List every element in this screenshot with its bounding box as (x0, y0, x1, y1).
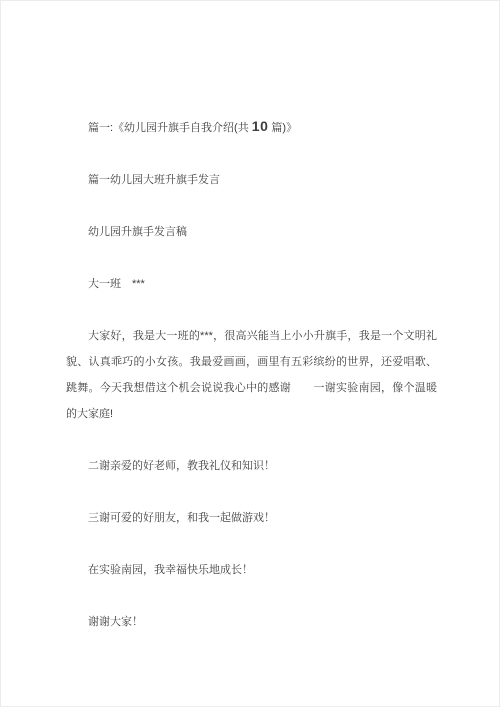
body-paragraph: 三谢可爱的好朋友，和我一起做游戏！ (66, 505, 437, 531)
heading-suffix: 篇)》 (268, 122, 297, 134)
body-paragraph: 谢谢大家！ (66, 609, 437, 635)
document-page: 篇一:《幼儿园升旗手自我介绍(共 10 篇)》 篇一幼儿园大班升旗手发言 幼儿园… (0, 0, 500, 707)
heading-line: 篇一:《幼儿园升旗手自我介绍(共 10 篇)》 (66, 113, 437, 141)
subheading-class-line: 大一班 *** (66, 271, 437, 297)
subheading-line: 幼儿园升旗手发言稿 (66, 219, 437, 245)
subheading-line: 篇一幼儿园大班升旗手发言 (66, 167, 437, 193)
heading-count: 10 (252, 118, 269, 134)
body-paragraph: 在实验南园，我幸福快乐地成长！ (66, 557, 437, 583)
body-paragraph: 二谢亲爱的好老师，教我礼仪和知识！ (66, 453, 437, 479)
body-paragraph: 大家好，我是大一班的***，很高兴能当上小小升旗手，我是一个文明礼貌、认真乖巧的… (66, 323, 437, 427)
document-body: 篇一:《幼儿园升旗手自我介绍(共 10 篇)》 篇一幼儿园大班升旗手发言 幼儿园… (1, 1, 499, 635)
heading-prefix: 篇一:《幼儿园升旗手自我介绍(共 (88, 122, 252, 134)
